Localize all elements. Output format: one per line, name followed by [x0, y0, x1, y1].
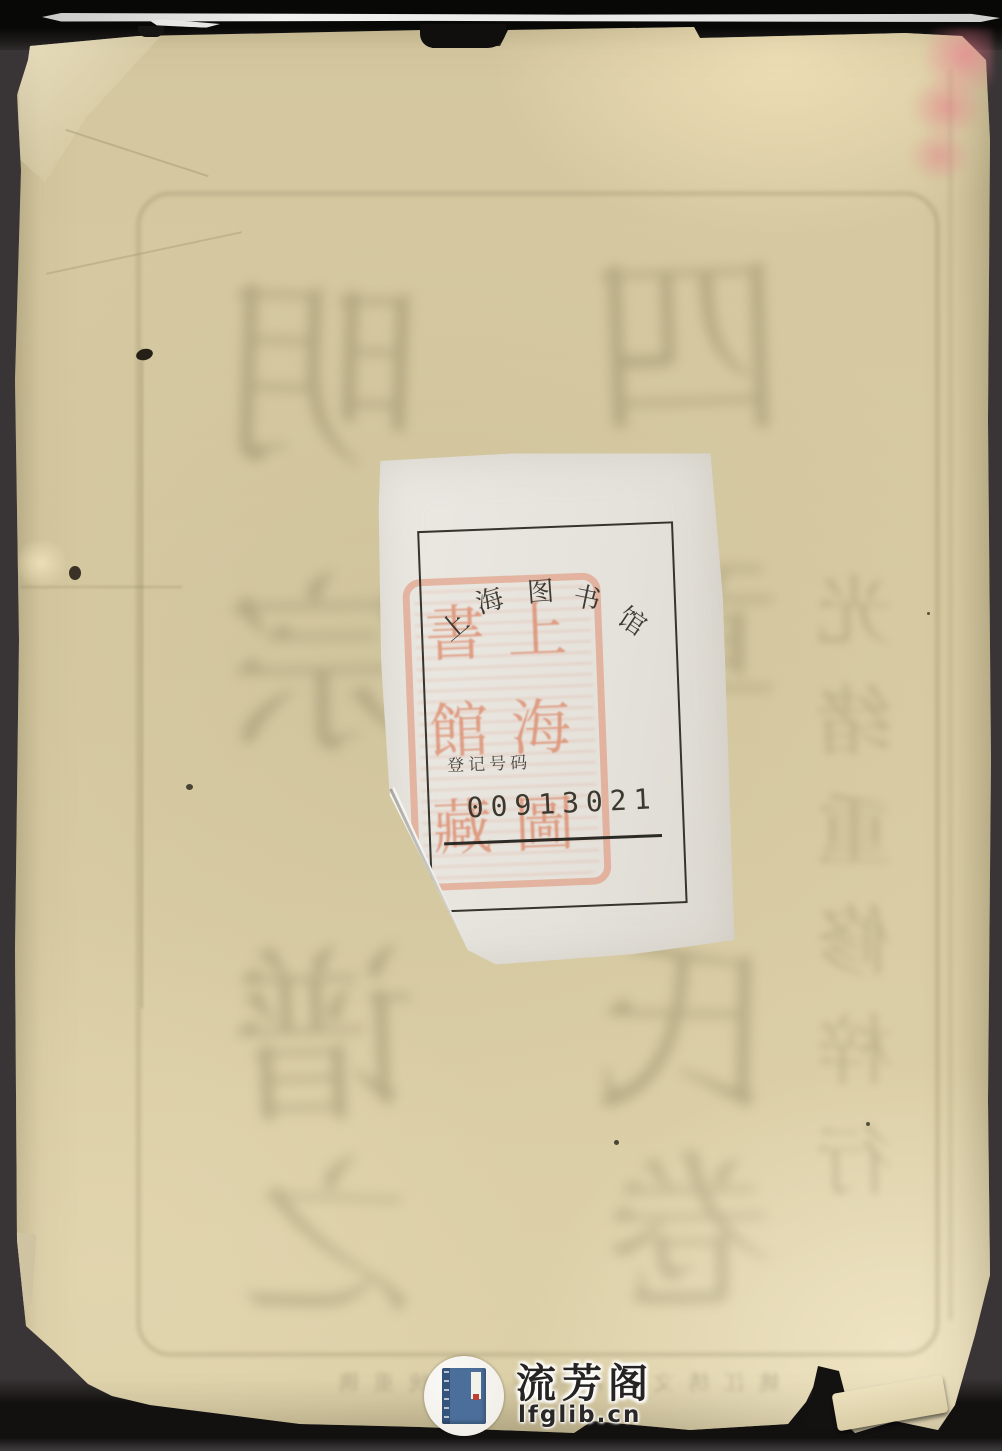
watermark-site-url: lfglib.cn	[518, 1402, 641, 1428]
repair-patch	[14, 538, 68, 588]
bleedthrough-glyph: 光	[816, 574, 892, 650]
edge-tear	[138, 26, 164, 37]
book-icon	[442, 1368, 486, 1424]
bleedthrough-glyph: 修	[815, 903, 892, 980]
stain-speck	[186, 784, 193, 790]
library-name-char: 书	[571, 583, 603, 615]
book-stitch-lines	[444, 1371, 449, 1421]
bleedthrough-glyph: 之	[237, 1149, 418, 1330]
crease-line	[141, 348, 143, 1008]
registration-caption: 登记号码	[447, 748, 532, 776]
library-name-char: 图	[526, 578, 555, 607]
scanned-page: 四明章宗氏谱卷之光绪重修梓行 姚江绣文堂藏板印行宣统重镌 上海圖 書館藏 上海图…	[0, 0, 1002, 1451]
stain-speck	[866, 1122, 870, 1126]
paper-flap	[4, 1232, 37, 1306]
crease-line	[949, 70, 952, 1320]
bleedthrough-glyph: 梓	[816, 1014, 892, 1090]
bleedthrough-glyph: 重	[816, 794, 892, 870]
watermark-site-name: 流芳阁	[516, 1352, 654, 1409]
bleedthrough-glyph: 绪	[815, 683, 892, 760]
site-watermark: 流芳阁 lfglib.cn	[424, 1350, 684, 1442]
bleedthrough-glyph: 卷	[604, 1149, 777, 1322]
torn-corner	[18, 30, 168, 190]
edge-tear	[420, 24, 506, 48]
bleedthrough-glyph: 谱	[227, 942, 424, 1139]
bleedthrough-glyph: 氏	[596, 936, 784, 1124]
stain-speck	[927, 612, 930, 615]
crease-line	[65, 129, 208, 177]
stain-speck	[69, 566, 81, 580]
bleedthrough-glyph: 四	[587, 247, 789, 449]
bleedthrough-glyph: 行	[815, 1123, 892, 1200]
book-seal-dot	[473, 1394, 479, 1400]
bleedthrough-glyph: 明	[219, 277, 426, 484]
watermark-logo-circle	[424, 1356, 504, 1436]
stain-speck	[614, 1140, 619, 1145]
pink-stain	[891, 28, 993, 180]
